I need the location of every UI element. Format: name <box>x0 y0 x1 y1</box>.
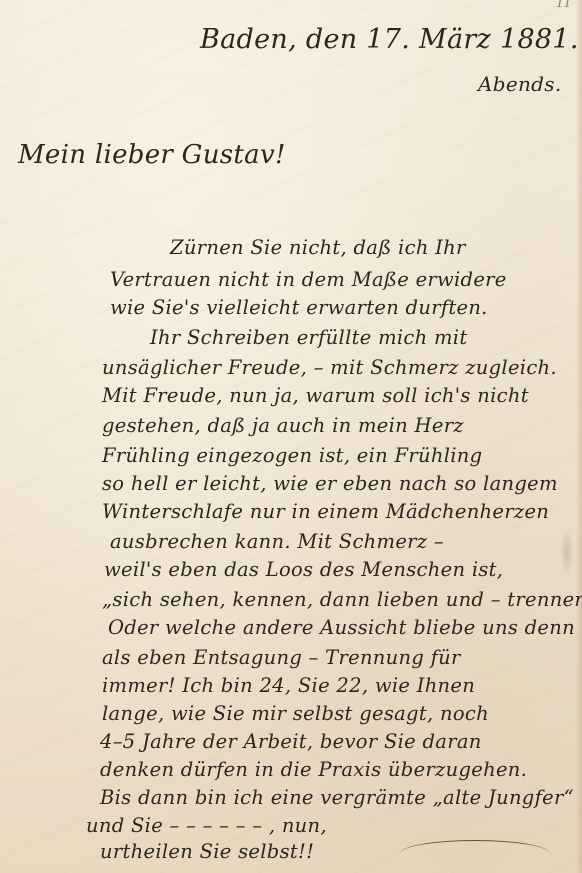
page-edge <box>576 0 582 873</box>
body-line: denken dürfen in die Praxis überzugehen. <box>100 758 527 781</box>
body-line: Vertrauen nicht in dem Maße erwidere <box>110 268 507 291</box>
time-of-day: Abends. <box>478 72 562 96</box>
body-line: ausbrechen kann. Mit Schmerz – <box>110 530 444 553</box>
body-line: Ihr Schreiben erfüllte mich mit <box>150 326 467 349</box>
body-line: lange, wie Sie mir selbst gesagt, noch <box>102 702 489 725</box>
closing-flourish <box>400 840 550 867</box>
body-line: weil's eben das Loos des Menschen ist, <box>104 558 503 581</box>
body-line: urtheilen Sie selbst!! <box>100 840 314 863</box>
body-line: und Sie – – – – – – , nun, <box>86 814 327 837</box>
page-marker: 11 <box>556 0 571 10</box>
paper-stain <box>560 528 574 578</box>
salutation: Mein lieber Gustav! <box>18 140 286 170</box>
body-line: gestehen, daß ja auch in mein Herz <box>102 414 464 437</box>
body-line: immer! Ich bin 24, Sie 22, wie Ihnen <box>102 674 475 697</box>
dateline: Baden, den 17. März 1881. <box>200 24 579 55</box>
body-line: Bis dann bin ich eine vergrämte „alte Ju… <box>100 786 574 809</box>
body-line: unsäglicher Freude, – mit Schmerz zuglei… <box>102 356 557 379</box>
body-line: so hell er leicht, wie er eben nach so l… <box>102 472 558 495</box>
body-line: wie Sie's vielleicht erwarten durften. <box>110 296 488 319</box>
body-line: „sich sehen, kennen, dann lieben und – t… <box>102 588 582 611</box>
body-line: Mit Freude, nun ja, warum soll ich's nic… <box>102 384 529 407</box>
body-line: 4–5 Jahre der Arbeit, bevor Sie daran <box>100 730 482 753</box>
body-line: Frühling eingezogen ist, ein Frühling <box>102 444 482 467</box>
body-line: Oder welche andere Aussicht bliebe uns d… <box>108 616 575 639</box>
body-line: als eben Entsagung – Trennung für <box>102 646 461 669</box>
letter-page: 11 Baden, den 17. März 1881. Abends. Mei… <box>0 0 582 873</box>
body-line: Winterschlafe nur in einem Mädchenherzen <box>102 500 549 523</box>
body-line: Zürnen Sie nicht, daß ich Ihr <box>170 236 466 259</box>
